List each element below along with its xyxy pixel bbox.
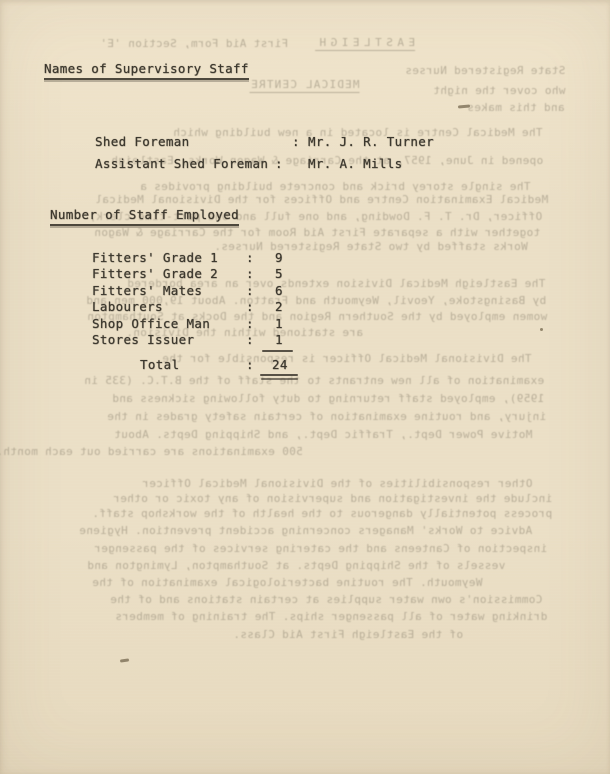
count-label: Shop Office Man xyxy=(92,316,210,331)
bleed-through-line: drinking water of all passenger ships. T… xyxy=(115,610,547,623)
staff-row: Assistant Shed Foreman : Mr. A. Mills xyxy=(95,156,515,172)
bleed-through-line: MEDICAL CENTRE xyxy=(250,78,360,93)
bleed-through-line: State Registered Nurses xyxy=(405,64,565,77)
bleed-through-line: inspection of Canteens and the catering … xyxy=(94,542,547,555)
count-value: 2 xyxy=(275,299,283,314)
total-rule-bottom-2 xyxy=(261,378,298,380)
ink-speck xyxy=(120,658,129,662)
bleed-through-line: 500 examinations are carried out each mo… xyxy=(0,445,303,458)
bleed-through-line: Advice to Works' Managers concerning acc… xyxy=(79,524,532,537)
bleed-through-line: Weymouth. The routine bacteriological ex… xyxy=(92,576,482,589)
colon-separator: : xyxy=(246,250,254,265)
staff-name: Mr. A. Mills xyxy=(308,156,403,171)
staff-row: Shed Foreman : Mr. J. R. Turner xyxy=(95,134,515,150)
bleed-through-line: Commission's own water supplies at certa… xyxy=(110,593,542,606)
section-heading-staff-employed: Number of Staff Employed xyxy=(50,207,239,226)
bleed-through-line: include the investigation and supervisio… xyxy=(113,492,552,505)
total-value: 24 xyxy=(272,357,288,372)
colon-separator: : xyxy=(246,299,254,314)
colon-separator: : xyxy=(275,156,283,171)
bleed-through-line: Medical Examination Centre and Offices f… xyxy=(95,193,548,206)
bleed-through-line: The single storey brick and concrete bui… xyxy=(140,180,530,193)
bleed-through-line: Other responsibilities of the Divisional… xyxy=(142,477,532,490)
bleed-through-line: First Aid Form, Section 'E' xyxy=(100,37,288,50)
ink-speck xyxy=(540,328,543,331)
staff-role: Assistant Shed Foreman xyxy=(95,156,268,171)
colon-separator: : xyxy=(246,283,254,298)
table-row: Labourers : 2 xyxy=(92,299,312,315)
colon-separator: : xyxy=(246,316,254,331)
staff-name: Mr. J. R. Turner xyxy=(308,134,434,149)
colon-separator: : xyxy=(246,357,254,372)
bleed-through-line: who cover the night xyxy=(433,84,565,97)
table-row: Shop Office Man : 1 xyxy=(92,316,312,332)
table-row: Fitters' Grade 1 : 9 xyxy=(92,250,312,266)
section-heading-supervisory-staff: Names of Supervisory Staff xyxy=(44,61,249,80)
bleed-through-line: and this makes xyxy=(467,101,565,114)
count-label: Labourers xyxy=(92,299,163,314)
bleed-through-line: injury, and routine examination of certa… xyxy=(107,410,546,423)
bleed-through-line: of the Eastleigh First Aid Class. xyxy=(233,628,463,641)
bleed-through-line: vessels of the Shipping Depts. at Southa… xyxy=(87,559,505,572)
total-label: Total xyxy=(140,357,179,372)
count-value: 1 xyxy=(275,316,283,331)
count-value: 9 xyxy=(275,250,283,265)
table-row: Stores Issuer : 1 xyxy=(92,332,312,348)
count-value: 6 xyxy=(275,283,283,298)
colon-separator: : xyxy=(292,134,300,149)
scanned-document-page: EASTLEIGHFirst Aid Form, Section 'E'Stat… xyxy=(0,0,610,774)
table-row: Fitters' Grade 2 : 5 xyxy=(92,266,312,282)
bleed-through-line: EASTLEIGH xyxy=(315,36,415,51)
count-value: 5 xyxy=(275,266,283,281)
total-row: Total : 24 xyxy=(92,357,312,373)
total-rule-bottom xyxy=(260,374,298,376)
count-label: Fitters' Mates xyxy=(92,283,202,298)
total-rule-top xyxy=(262,350,293,352)
bleed-through-line: 1959), employed staff returning to duty … xyxy=(112,392,544,405)
bleed-through-line: examination of all new entrants to the s… xyxy=(84,374,544,387)
count-label: Fitters' Grade 1 xyxy=(92,250,218,265)
colon-separator: : xyxy=(246,266,254,281)
bleed-through-line: process potentially dangerous to the hea… xyxy=(92,507,552,520)
bleed-through-line: Motive Power Dept., Traffic Dept., and S… xyxy=(114,428,532,441)
count-value: 1 xyxy=(275,332,283,347)
count-label: Fitters' Grade 2 xyxy=(92,266,218,281)
staff-role: Shed Foreman xyxy=(95,134,190,149)
count-label: Stores Issuer xyxy=(92,332,194,347)
bleed-through-line: together with a separate First Aid Room … xyxy=(94,226,540,239)
colon-separator: : xyxy=(246,332,254,347)
table-row: Fitters' Mates : 6 xyxy=(92,283,312,299)
